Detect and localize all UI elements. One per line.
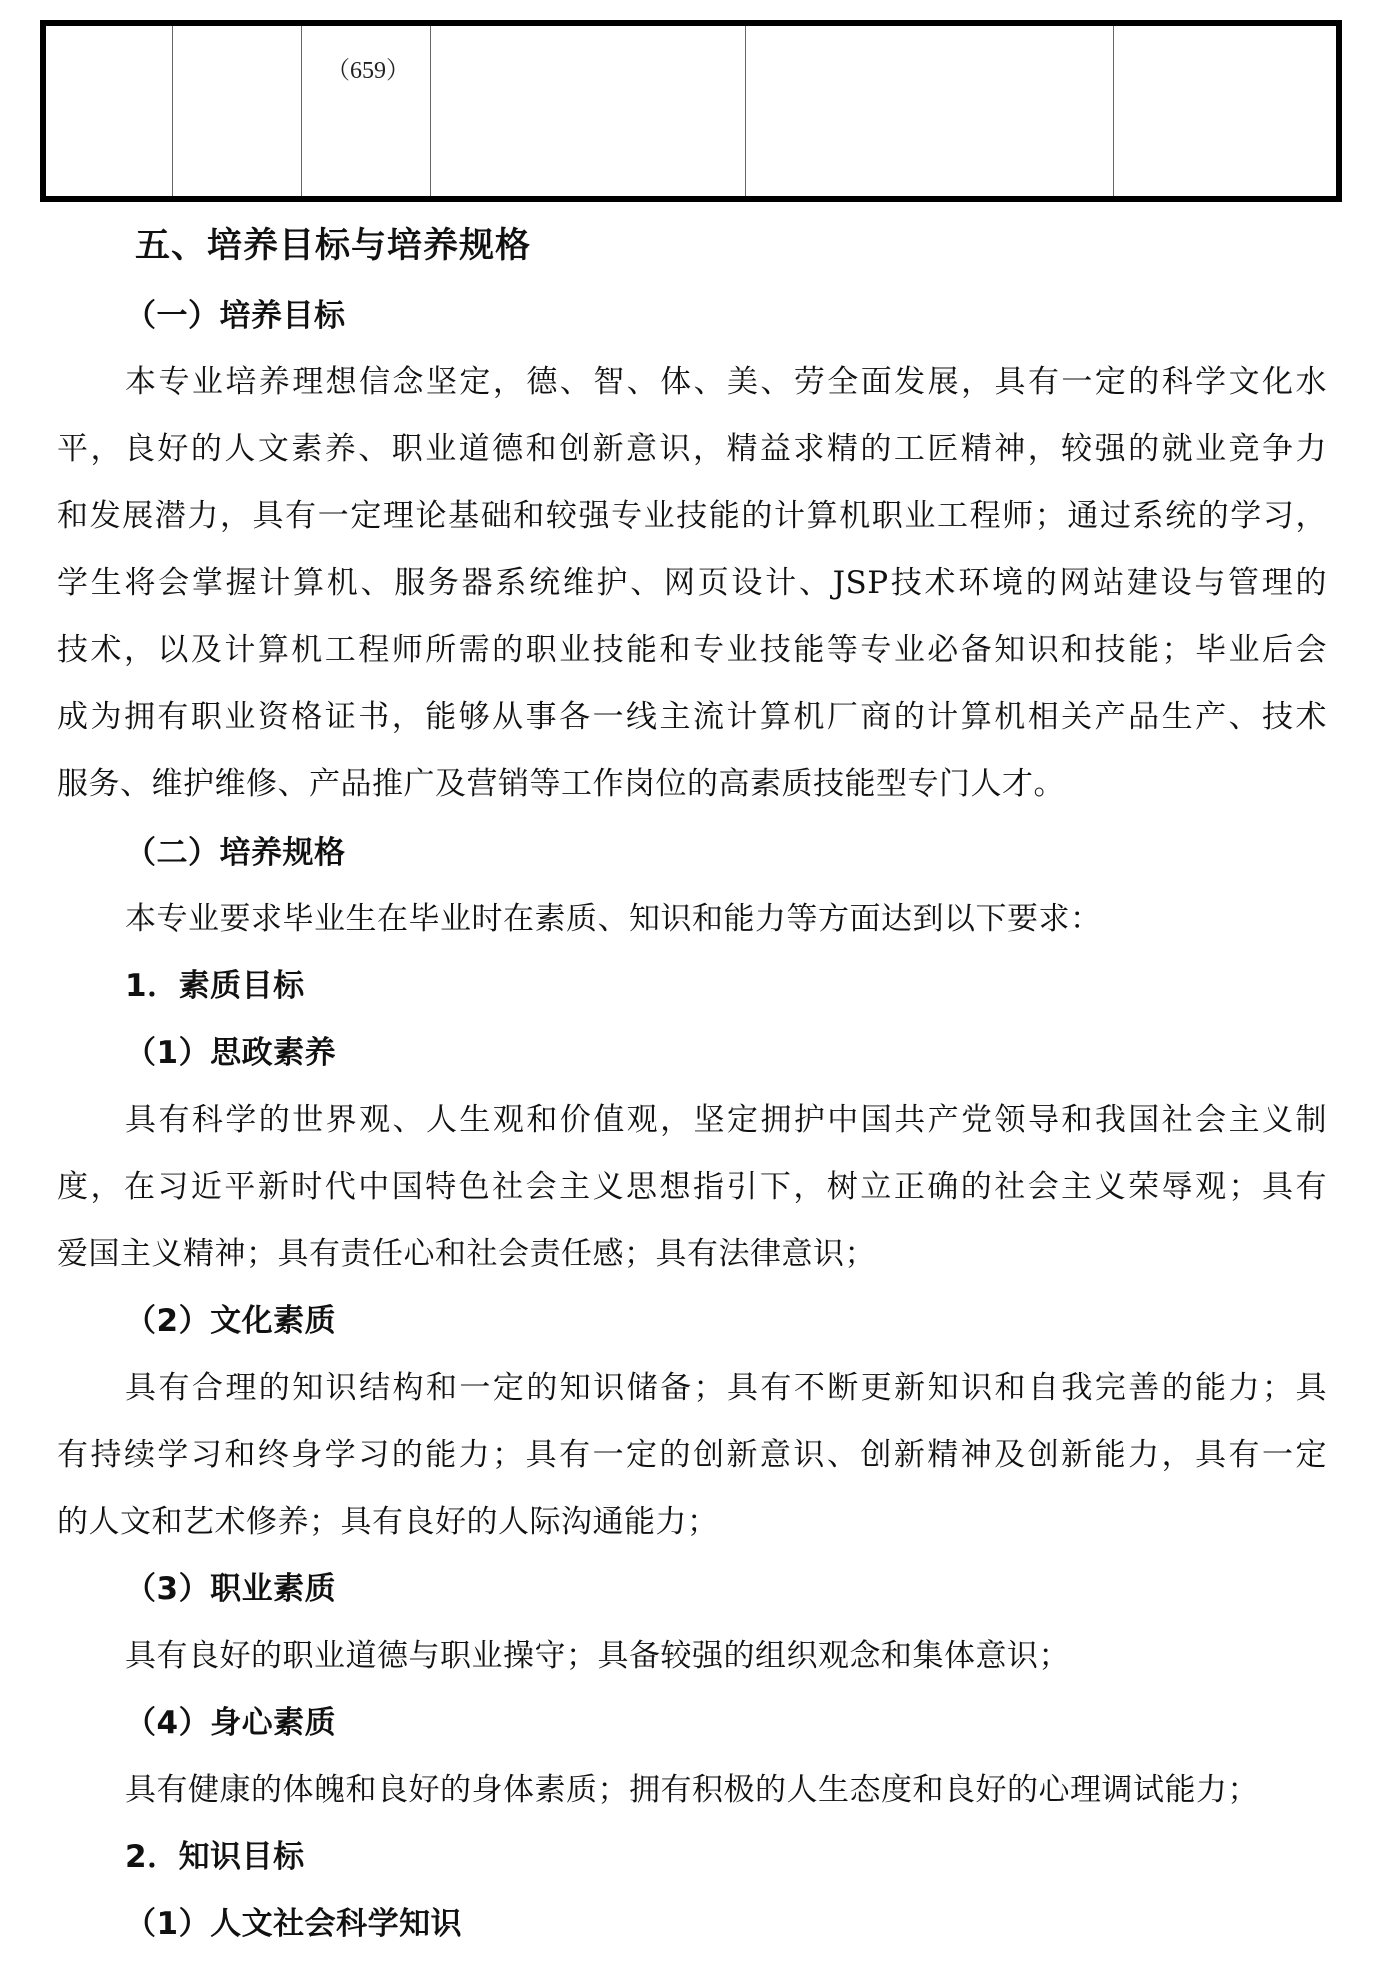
goal-title-quality: 1．素质目标 bbox=[125, 966, 305, 1006]
paragraph-line: 度，在习近平新时代中国特色社会主义思想指引下，树立正确的社会主义荣辱观；具有 bbox=[57, 1167, 1327, 1207]
paragraph-line: 成为拥有职业资格证书，能够从事各一线主流计算机厂商的计算机相关产品生产、技术 bbox=[57, 697, 1327, 737]
paragraph-line: 本专业培养理想信念坚定，德、智、体、美、劳全面发展，具有一定的科学文化水 bbox=[125, 362, 1327, 402]
item-title: （1）人文社会科学知识 bbox=[125, 1904, 462, 1944]
paragraph-line: 本专业要求毕业生在毕业时在素质、知识和能力等方面达到以下要求： bbox=[125, 899, 1102, 939]
paragraph-line: 的人文和艺术修养；具有良好的人际沟通能力； bbox=[57, 1502, 719, 1542]
paragraph-line: 服务、维护维修、产品推广及营销等工作岗位的高素质技能型专门人才。 bbox=[57, 764, 1065, 804]
item-title: （1）思政素养 bbox=[125, 1033, 336, 1073]
paragraph-line: 技术，以及计算机工程师所需的职业技能和专业技能等专业必备知识和技能；毕业后会 bbox=[57, 630, 1327, 670]
table-cell: （659） bbox=[326, 50, 410, 85]
goal-title-knowledge: 2．知识目标 bbox=[125, 1837, 305, 1877]
paragraph-line: 有持续学习和终身学习的能力；具有一定的创新意识、创新精神及创新能力，具有一定 bbox=[57, 1435, 1327, 1475]
paragraph-line: 具有科学的世界观、人生观和价值观，坚定拥护中国共产党领导和我国社会主义制 bbox=[125, 1100, 1327, 1140]
table-column-divider bbox=[172, 26, 173, 196]
paragraph-line: 平，良好的人文素养、职业道德和创新意识，精益求精的工匠精神，较强的就业竞争力 bbox=[57, 429, 1327, 469]
subsection-title-specifications: （二）培养规格 bbox=[125, 833, 346, 873]
table-column-divider bbox=[1113, 26, 1114, 196]
subsection-title-objectives: （一）培养目标 bbox=[125, 296, 346, 336]
paragraph-line: 和发展潜力，具有一定理论基础和较强专业技能的计算机职业工程师；通过系统的学习， bbox=[57, 496, 1327, 536]
section-title: 五、培养目标与培养规格 bbox=[135, 226, 531, 266]
table-column-divider bbox=[430, 26, 431, 196]
table-column-divider bbox=[745, 26, 746, 196]
paragraph-line: 具有健康的体魄和良好的身体素质；拥有积极的人生态度和良好的心理调试能力； bbox=[125, 1770, 1259, 1810]
item-title: （4）身心素质 bbox=[125, 1703, 336, 1743]
paragraph-line: 具有合理的知识结构和一定的知识储备；具有不断更新知识和自我完善的能力；具 bbox=[125, 1368, 1327, 1408]
table-column-divider bbox=[301, 26, 302, 196]
item-title: （3）职业素质 bbox=[125, 1569, 336, 1609]
table-fragment: （659） bbox=[40, 20, 1342, 202]
paragraph-line: 学生将会掌握计算机、服务器系统维护、网页设计、JSP技术环境的网站建设与管理的 bbox=[57, 563, 1327, 603]
item-title: （2）文化素质 bbox=[125, 1301, 336, 1341]
paragraph-line: 爱国主义精神；具有责任心和社会责任感；具有法律意识； bbox=[57, 1234, 876, 1274]
paragraph-line: 具有良好的职业道德与职业操守；具备较强的组织观念和集体意识； bbox=[125, 1636, 1070, 1676]
